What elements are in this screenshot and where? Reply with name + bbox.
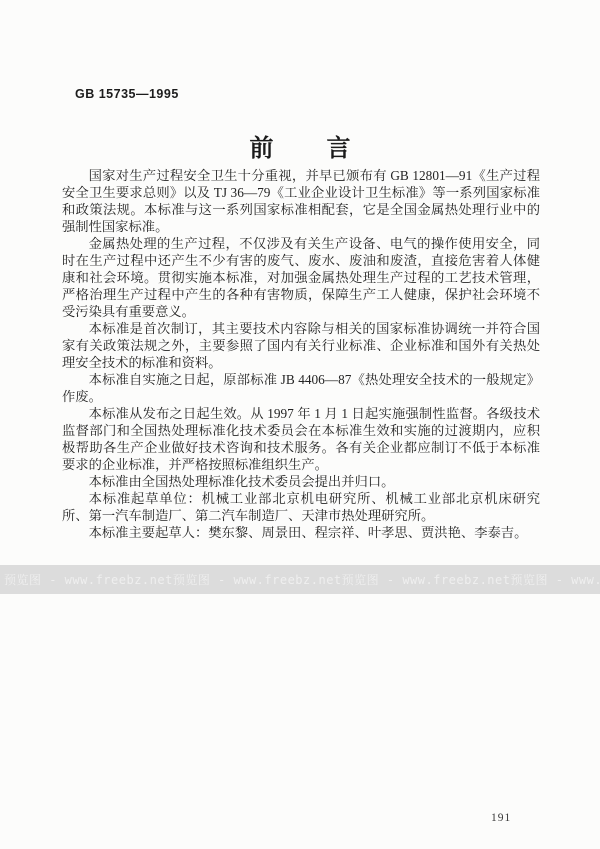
foreword-paragraph: 本标准从发布之日起生效。从 1997 年 1 月 1 日起实施强制性监督。各级技… — [62, 405, 540, 473]
foreword-paragraph: 本标准起草单位：机械工业部北京机电研究所、机械工业部北京机床研究所、第一汽车制造… — [62, 490, 540, 524]
foreword-paragraph: 金属热处理的生产过程，不仅涉及有关生产设备、电气的操作使用安全，同时在生产过程中… — [62, 235, 540, 320]
watermark-text: 预览图 - www.freebz.net — [4, 571, 173, 588]
watermark-band: 预览图 - www.freebz.net预览图 - www.freebz.net… — [0, 565, 600, 594]
foreword-paragraph: 本标准是首次制订，其主要技术内容除与相关的国家标准协调统一并符合国家有关政策法规… — [62, 320, 540, 371]
page-number: 191 — [491, 812, 511, 824]
foreword-paragraph: 本标准主要起草人：樊东黎、周景田、程宗祥、叶孝思、贾洪艳、李泰吉。 — [62, 524, 540, 541]
foreword-paragraph: 本标准由全国热处理标准化技术委员会提出并归口。 — [62, 473, 540, 490]
watermark-text: 预览图 - www.freebz.net — [342, 571, 511, 588]
page-title: 前 言 — [0, 128, 600, 163]
foreword-body: 国家对生产过程安全卫生十分重视，并早已颁布有 GB 12801—91《生产过程安… — [62, 167, 540, 541]
watermark-text: 预览图 - www.freebz.net — [510, 571, 600, 588]
foreword-paragraph: 本标准自实施之日起，原部标准 JB 4406—87《热处理安全技术的一般规定》作… — [62, 371, 540, 405]
title-char-first: 前 — [250, 128, 274, 163]
standard-code: GB 15735—1995 — [75, 87, 179, 101]
foreword-paragraph: 国家对生产过程安全卫生十分重视，并早已颁布有 GB 12801—91《生产过程安… — [62, 167, 540, 235]
scanned-document-page: GB 15735—1995 前 言 国家对生产过程安全卫生十分重视，并早已颁布有… — [0, 0, 600, 849]
title-char-second: 言 — [327, 128, 351, 163]
watermark-text: 预览图 - www.freebz.net — [173, 571, 342, 588]
